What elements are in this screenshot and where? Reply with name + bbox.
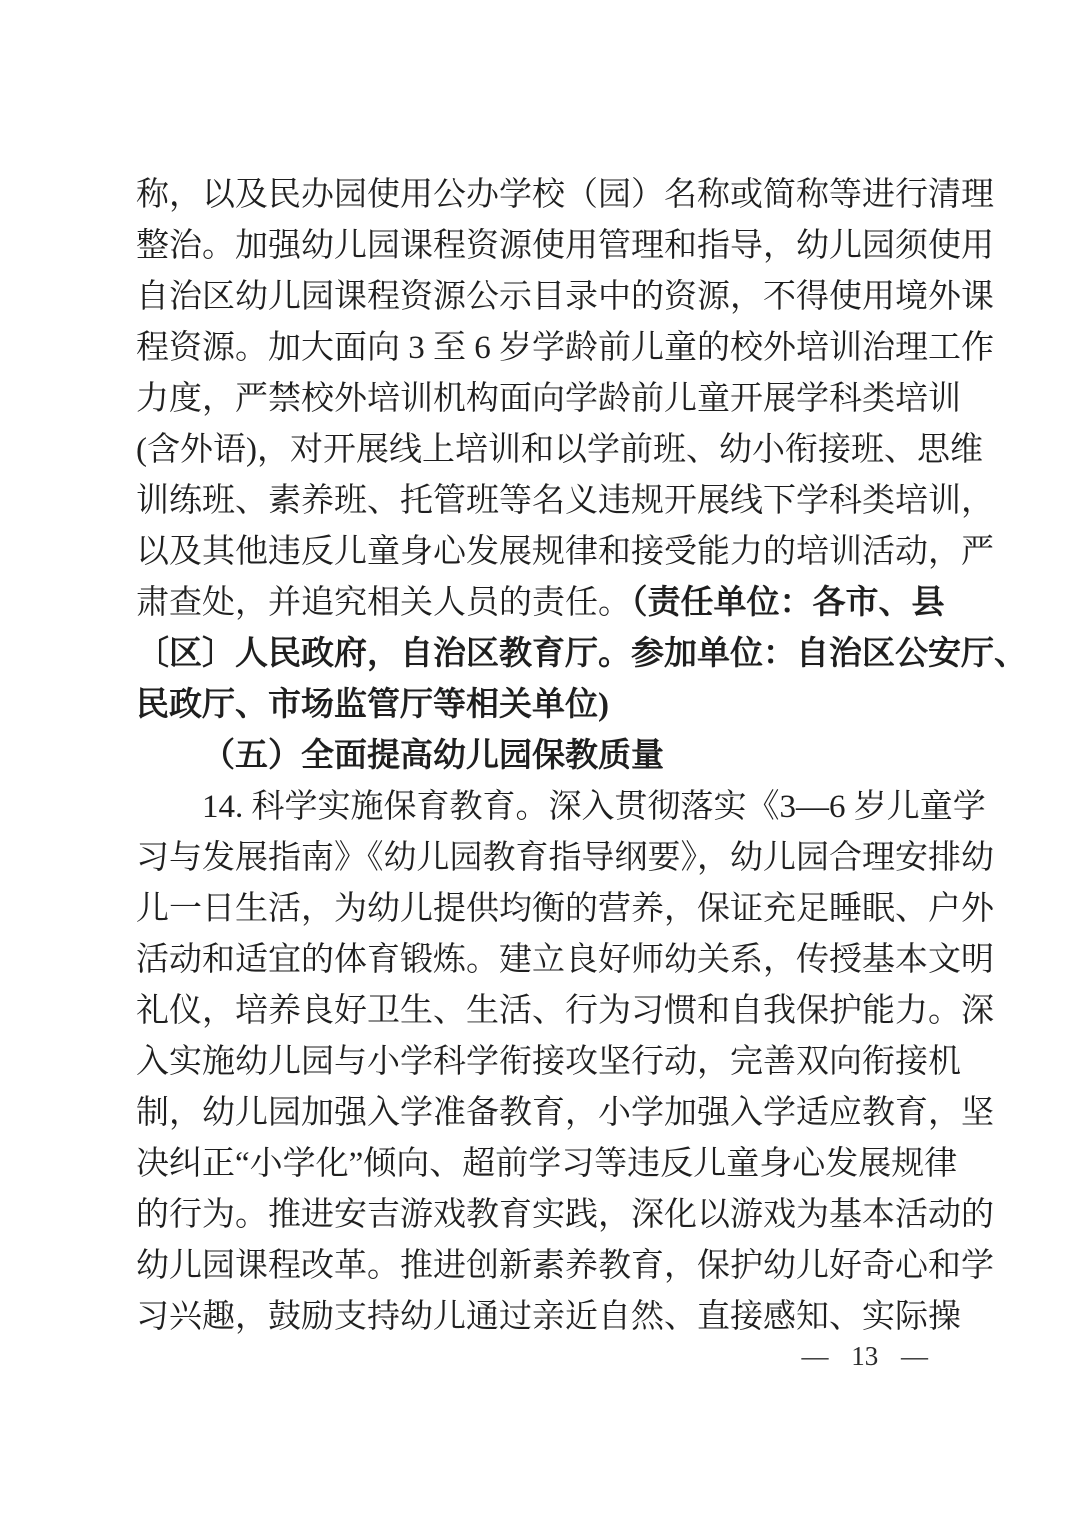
text-line: 习与发展指南》《幼儿园教育指导纲要》，幼儿园合理安排幼: [136, 833, 940, 884]
text-line: 整治。加强幼儿园课程资源使用管理和指导，幼儿园须使用: [136, 221, 940, 272]
text-line: 训练班、素养班、托管班等名义违规开展线下学科类培训，: [136, 476, 940, 527]
text-line: 力度，严禁校外培训机构面向学龄前儿童开展学科类培训: [136, 374, 940, 425]
footer-dash-left: —: [802, 1341, 829, 1371]
text-line: 以及其他违反儿童身心发展规律和接受能力的培训活动，严: [136, 527, 940, 578]
body-text-segment: 肃查处，并追究相关人员的责任。: [136, 585, 631, 621]
text-line: 14. 科学实施保育教育。深入贯彻落实《3—6 岁儿童学: [136, 782, 940, 833]
text-line: 的行为。推进安吉游戏教育实践，深化以游戏为基本活动的: [136, 1190, 940, 1241]
text-line: 程资源。加大面向 3 至 6 岁学龄前儿童的校外培训治理工作: [136, 323, 940, 374]
text-line: 活动和适宜的体育锻炼。建立良好师幼关系，传授基本文明: [136, 935, 940, 986]
text-line: 礼仪，培养良好卫生、生活、行为习惯和自我保护能力。深: [136, 986, 940, 1037]
text-line: 制，幼儿园加强入学准备教育，小学加强入学适应教育，坚: [136, 1088, 940, 1139]
text-line-mixed: 肃查处，并追究相关人员的责任。（责任单位：各市、县: [136, 578, 940, 629]
section-heading: （五）全面提高幼儿园保教质量: [136, 731, 940, 782]
text-line: 幼儿园课程改革。推进创新素养教育，保护幼儿好奇心和学: [136, 1241, 940, 1292]
page-number: 13: [851, 1341, 878, 1371]
responsibility-unit-line: 民政厅、市场监管厅等相关单位): [136, 680, 940, 731]
text-line: 儿一日生活，为幼儿提供均衡的营养，保证充足睡眠、户外: [136, 884, 940, 935]
document-body: 称，以及民办园使用公办学校（园）名称或简称等进行清理 整治。加强幼儿园课程资源使…: [136, 170, 940, 1343]
text-line: (含外语)，对开展线上培训和以学前班、幼小衔接班、思维: [136, 425, 940, 476]
footer-dash-right: —: [901, 1341, 928, 1371]
responsibility-unit-text: （责任单位：各市、县: [631, 585, 945, 621]
text-line: 自治区幼儿园课程资源公示目录中的资源，不得使用境外课: [136, 272, 940, 323]
responsibility-unit-line: 〔区〕人民政府，自治区教育厅。参加单位：自治区公安厅、: [136, 629, 940, 680]
text-line: 入实施幼儿园与小学科学衔接攻坚行动，完善双向衔接机: [136, 1037, 940, 1088]
text-line: 决纠正“小学化”倾向、超前学习等违反儿童身心发展规律: [136, 1139, 940, 1190]
document-page: 称，以及民办园使用公办学校（园）名称或简称等进行清理 整治。加强幼儿园课程资源使…: [0, 0, 1074, 1520]
page-footer: — 13 —: [802, 1336, 929, 1376]
text-line: 称，以及民办园使用公办学校（园）名称或简称等进行清理: [136, 170, 940, 221]
